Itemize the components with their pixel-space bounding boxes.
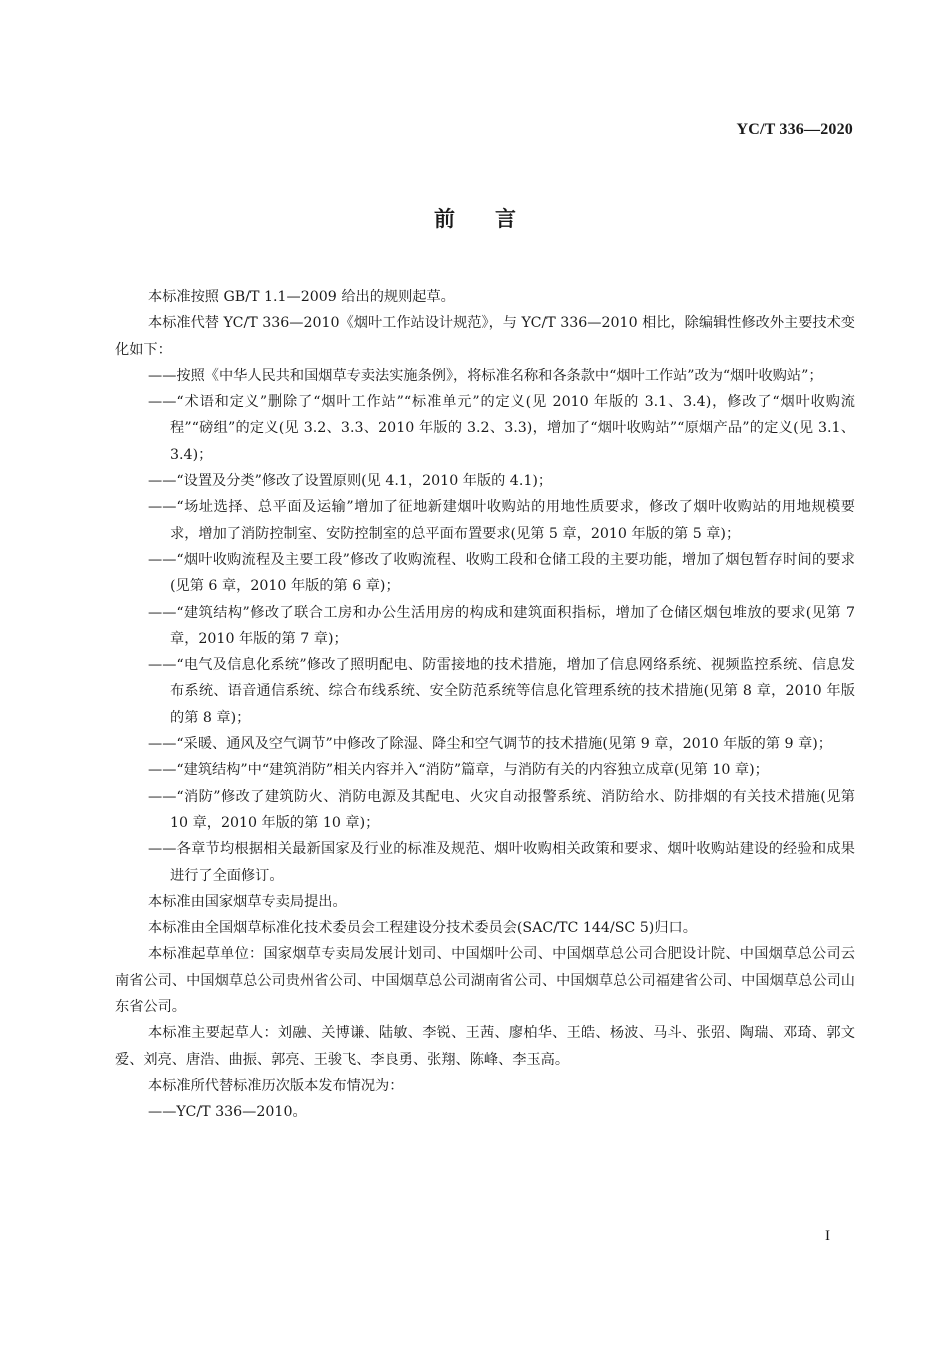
history-item: ——YC/T 336—2010。 — [148, 1099, 855, 1125]
paragraph-drafting-units: 本标准起草单位：国家烟草专卖局发展计划司、中国烟叶公司、中国烟草总公司合肥设计院… — [115, 941, 855, 1020]
change-item: ——“电气及信息化系统”修改了照明配电、防雷接地的技术措施，增加了信息网络系统、… — [148, 652, 855, 731]
paragraph-technical-committee: 本标准由全国烟草标准化技术委员会工程建设分技术委员会(SAC/TC 144/SC… — [115, 915, 855, 941]
change-item: ——“场址选择、总平面及运输”增加了征地新建烟叶收购站的用地性质要求，修改了烟叶… — [148, 494, 855, 547]
change-item: ——“消防”修改了建筑防火、消防电源及其配电、火灾自动报警系统、消防给水、防排烟… — [148, 784, 855, 837]
change-item: ——“烟叶收购流程及主要工段”修改了收购流程、收购工段和仓储工段的主要功能，增加… — [148, 547, 855, 600]
change-item: ——“建筑结构”修改了联合工房和办公生活用房的构成和建筑面积指标，增加了仓储区烟… — [148, 600, 855, 653]
page-number: I — [825, 1228, 830, 1245]
paragraph-proposer: 本标准由国家烟草专卖局提出。 — [115, 889, 855, 915]
paragraph-drafters: 本标准主要起草人：刘融、关博谦、陆敏、李锐、王茜、廖柏华、王皓、杨波、马斗、张弨… — [115, 1020, 855, 1073]
change-item: ——“建筑结构”中“建筑消防”相关内容并入“消防”篇章，与消防有关的内容独立成章… — [148, 757, 855, 783]
paragraph-drafting-rules: 本标准按照 GB/T 1.1—2009 给出的规则起草。 — [115, 284, 855, 310]
change-item: ——“设置及分类”修改了设置原则(见 4.1，2010 年版的 4.1)； — [148, 468, 855, 494]
change-item: ——各章节均根据相关最新国家及行业的标准及规范、烟叶收购相关政策和要求、烟叶收购… — [148, 836, 855, 889]
paragraph-replacement: 本标准代替 YC/T 336—2010《烟叶工作站设计规范》，与 YC/T 33… — [115, 310, 855, 363]
foreword-body: 本标准按照 GB/T 1.1—2009 给出的规则起草。 本标准代替 YC/T … — [115, 284, 855, 1126]
page-title: 前言 — [0, 203, 950, 233]
change-item: ——“术语和定义”删除了“烟叶工作站”“标准单元”的定义(见 2010 年版的 … — [148, 389, 855, 468]
change-item: ——按照《中华人民共和国烟草专卖法实施条例》，将标准名称和各条款中“烟叶工作站”… — [148, 363, 855, 389]
change-item: ——“采暖、通风及空气调节”中修改了除湿、降尘和空气调节的技术措施(见第 9 章… — [148, 731, 855, 757]
paragraph-version-history: 本标准所代替标准历次版本发布情况为： — [115, 1073, 855, 1099]
document-code: YC/T 336—2020 — [736, 121, 853, 139]
